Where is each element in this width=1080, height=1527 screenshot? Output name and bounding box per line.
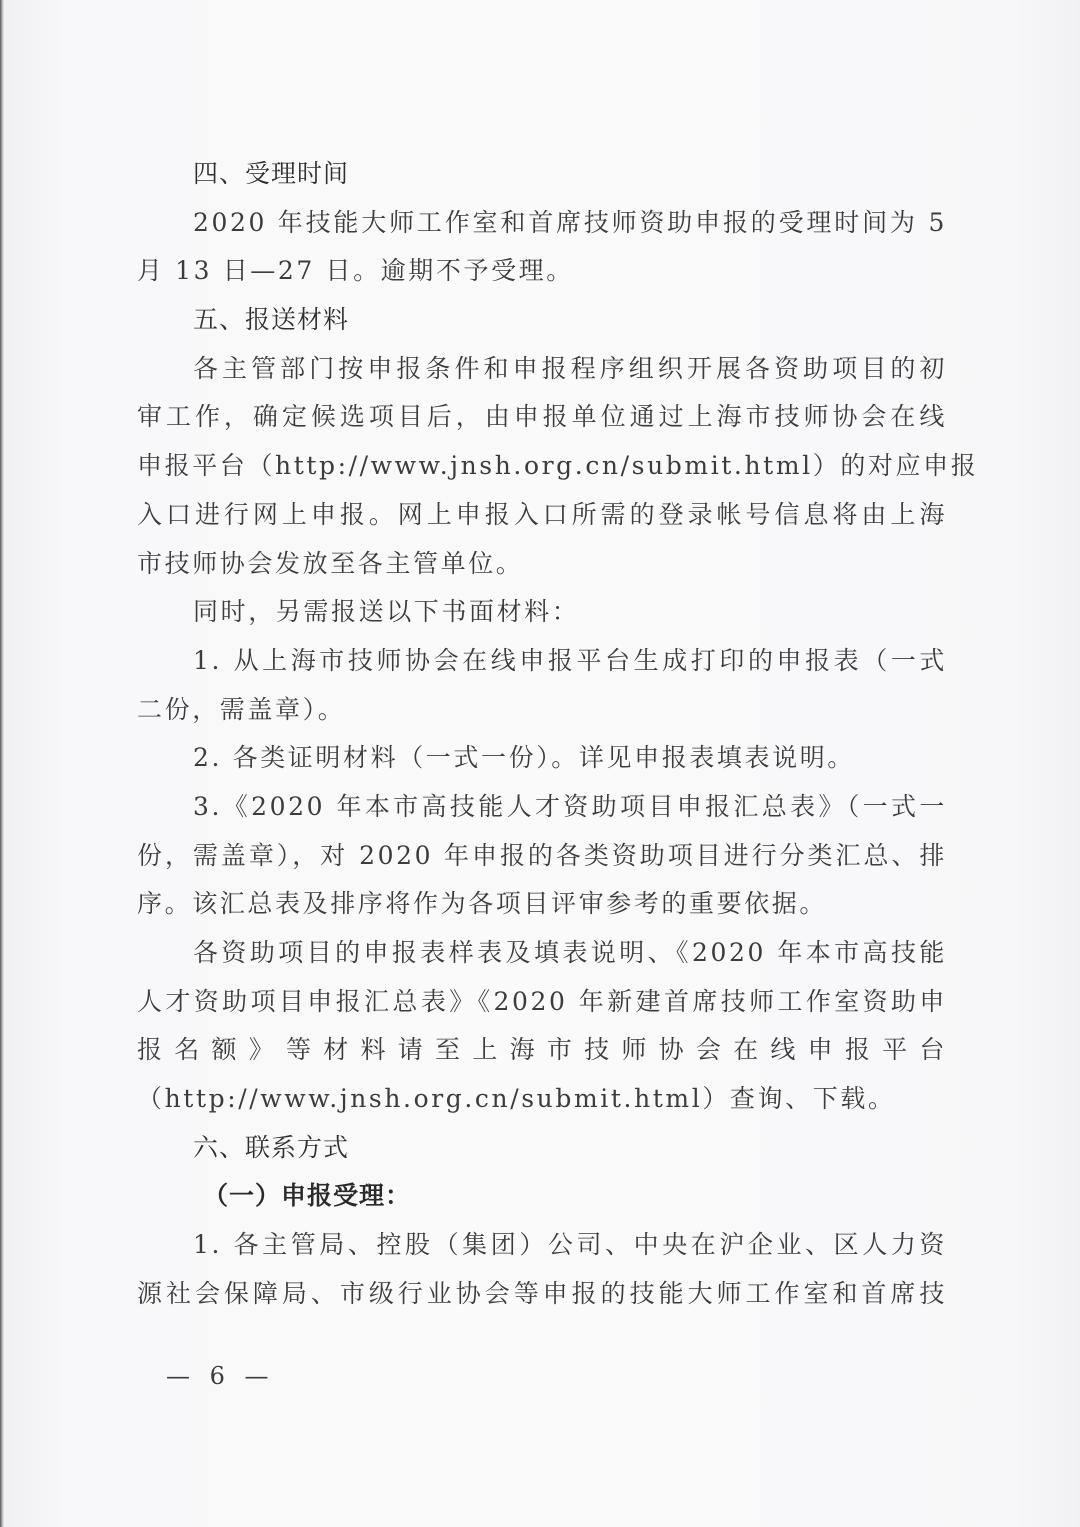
text-line: 入口进行网上申报。网上申报入口所需的登录帐号信息将由上海 bbox=[137, 491, 947, 540]
text-line: 报名额》等材料请至上海市技师协会在线申报平台 bbox=[137, 1026, 947, 1075]
section-contact: 六、联系方式 （一）申报受理： 1. 各主管局、控股（集团）公司、中央在沪企业、… bbox=[137, 1124, 947, 1319]
text-line: 序。该汇总表及排序将作为各项目评审参考的重要依据。 bbox=[137, 880, 947, 929]
text-line: 1. 从上海市技师协会在线申报平台生成打印的申报表（一式 bbox=[137, 637, 947, 686]
paragraph: 各资助项目的申报表样表及填表说明、《2020 年本市高技能 人才资助项目申报汇总… bbox=[137, 929, 947, 1124]
text-line: 源社会保障局、市级行业协会等申报的技能大师工作室和首席技 bbox=[137, 1270, 947, 1319]
text-line: 二份，需盖章）。 bbox=[137, 686, 947, 735]
text-line-with-url: 申报平台（http://www.jnsh.org.cn/submit.html）… bbox=[137, 442, 947, 491]
list-item-2: 2. 各类证明材料（一式一份）。详见申报表填表说明。 bbox=[137, 734, 947, 783]
section-submission-materials: 五、报送材料 各主管部门按申报条件和申报程序组织开展各资助项目的初 审工作，确定… bbox=[137, 296, 947, 1124]
paragraph: 2020 年技能大师工作室和首席技师资助申报的受理时间为 5 月 13 日—27… bbox=[137, 199, 947, 296]
section-acceptance-time: 四、受理时间 2020 年技能大师工作室和首席技师资助申报的受理时间为 5 月 … bbox=[137, 150, 947, 296]
text-line: 2020 年技能大师工作室和首席技师资助申报的受理时间为 5 bbox=[137, 199, 947, 248]
text-line: 各资助项目的申报表样表及填表说明、《2020 年本市高技能 bbox=[137, 929, 947, 978]
list-item-3: 3.《2020 年本市高技能人才资助项目申报汇总表》（一式一 份，需盖章），对 … bbox=[137, 783, 947, 929]
section-heading: 五、报送材料 bbox=[137, 296, 947, 345]
text-line: 月 13 日—27 日。逾期不予受理。 bbox=[137, 247, 947, 296]
text-line: 1. 各主管局、控股（集团）公司、中央在沪企业、区人力资 bbox=[137, 1221, 947, 1270]
text-line: 市技师协会发放至各主管单位。 bbox=[137, 540, 947, 589]
text-line: 3.《2020 年本市高技能人才资助项目申报汇总表》（一式一 bbox=[137, 783, 947, 832]
subsection-heading: （一）申报受理： bbox=[137, 1172, 947, 1221]
section-heading: 六、联系方式 bbox=[137, 1124, 947, 1173]
text-line: 份，需盖章），对 2020 年申报的各类资助项目进行分类汇总、排 bbox=[137, 832, 947, 881]
section-heading: 四、受理时间 bbox=[137, 150, 947, 199]
text-line: 各主管部门按申报条件和申报程序组织开展各资助项目的初 bbox=[137, 345, 947, 394]
document-page: 四、受理时间 2020 年技能大师工作室和首席技师资助申报的受理时间为 5 月 … bbox=[0, 0, 1080, 1527]
scan-edge-shadow bbox=[0, 0, 4, 1527]
list-item-1: 1. 从上海市技师协会在线申报平台生成打印的申报表（一式 二份，需盖章）。 bbox=[137, 637, 947, 734]
text-line: 审工作，确定候选项目后，由申报单位通过上海市技师协会在线 bbox=[137, 393, 947, 442]
paragraph: 同时，另需报送以下书面材料： bbox=[137, 588, 947, 637]
text-line: 同时，另需报送以下书面材料： bbox=[137, 588, 947, 637]
text-line-with-url: （http://www.jnsh.org.cn/submit.html）查询、下… bbox=[137, 1075, 947, 1124]
paragraph: 各主管部门按申报条件和申报程序组织开展各资助项目的初 审工作，确定候选项目后，由… bbox=[137, 345, 947, 588]
list-item-1: 1. 各主管局、控股（集团）公司、中央在沪企业、区人力资 源社会保障局、市级行业… bbox=[137, 1221, 947, 1318]
page-number: — 6 — bbox=[166, 1362, 275, 1390]
text-line: 2. 各类证明材料（一式一份）。详见申报表填表说明。 bbox=[137, 734, 947, 783]
document-body: 四、受理时间 2020 年技能大师工作室和首席技师资助申报的受理时间为 5 月 … bbox=[137, 150, 947, 1319]
text-line: 人才资助项目申报汇总表》《2020 年新建首席技师工作室资助申 bbox=[137, 978, 947, 1027]
